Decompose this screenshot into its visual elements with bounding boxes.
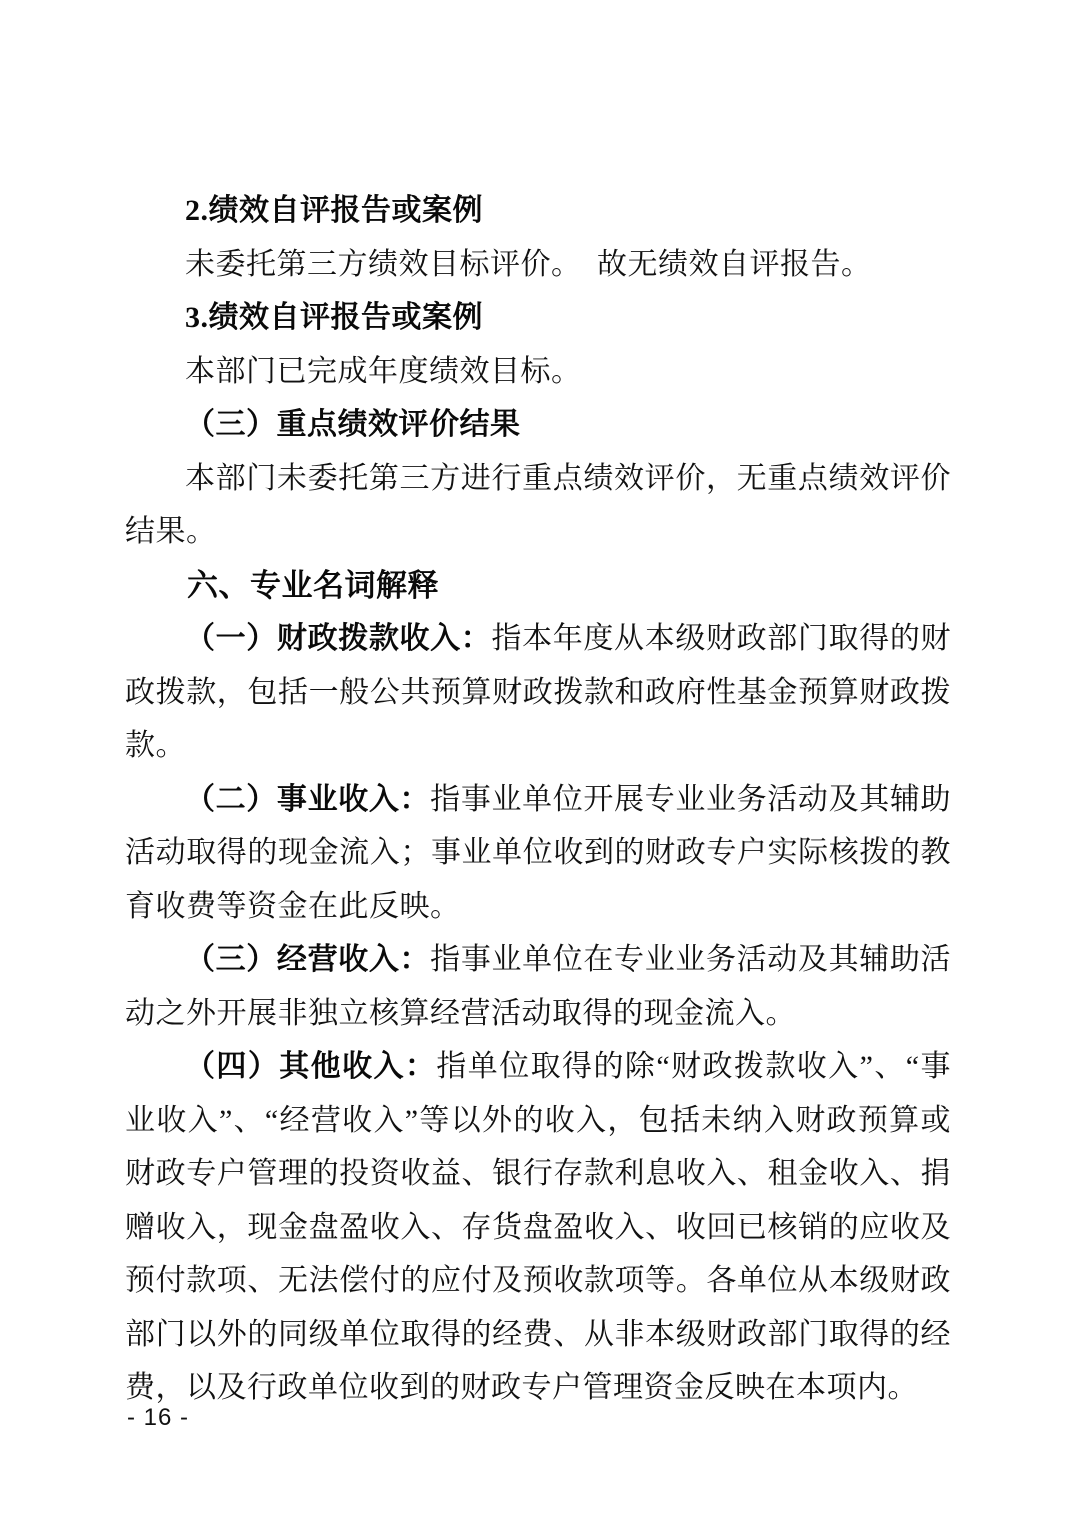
heading-glossary: 六、专业名词解释 [125, 559, 951, 613]
document-body: 2.绩效自评报告或案例 未委托第三方绩效目标评价。 故无绩效自评报告。 3.绩效… [125, 184, 951, 1415]
document-page: { "doc": { "blocks": { "h2a": { "text": … [0, 0, 1074, 1520]
para-goal-completed: 本部门已完成年度绩效目标。 [125, 345, 951, 399]
heading-key-eval-results: （三）重点绩效评价结果 [125, 398, 951, 452]
para-term-fiscal-appropriation: （一）财政拨款收入：指本年度从本级财政部门取得的财政拨款，包括一般公共预算财政拨… [125, 612, 951, 773]
para-term-other-income: （四）其他收入：指单位取得的除“财政拨款收入”、“事业收入”、“经营收入”等以外… [125, 1040, 951, 1415]
term-lead-business-income: （三）经营收入： [185, 943, 430, 976]
heading-self-eval-report-2: 2.绩效自评报告或案例 [125, 184, 951, 238]
term-lead-operating-income: （二）事业收入： [185, 783, 430, 816]
heading-self-eval-report-3: 3.绩效自评报告或案例 [125, 291, 951, 345]
term-lead-other-income: （四）其他收入： [185, 1050, 436, 1083]
para-term-business-income: （三）经营收入：指事业单位在专业业务活动及其辅助活动之外开展非独立核算经营活动取… [125, 933, 951, 1040]
para-term-operating-income: （二）事业收入：指事业单位开展专业业务活动及其辅助活动取得的现金流入；事业单位收… [125, 773, 951, 934]
term-lead-fiscal-appropriation: （一）财政拨款收入： [185, 622, 491, 655]
page-number: - 16 - [127, 1404, 189, 1432]
term-text-other-income: 指单位取得的除“财政拨款收入”、“事业收入”、“经营收入”等以外的收入，包括未纳… [125, 1050, 951, 1404]
para-no-key-eval: 本部门未委托第三方进行重点绩效评价，无重点绩效评价结果。 [125, 452, 951, 559]
para-no-third-party-eval: 未委托第三方绩效目标评价。 故无绩效自评报告。 [125, 238, 951, 292]
